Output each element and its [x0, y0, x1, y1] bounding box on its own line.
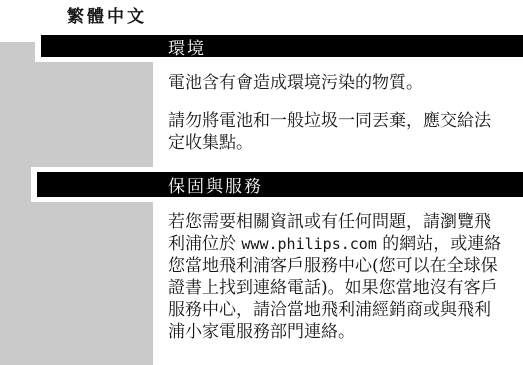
paragraph-line: 利浦位於 www.philips.com 的網站，或連絡: [168, 233, 518, 255]
paragraph-line: 電池含有會造成環境污染的物質。: [168, 72, 518, 94]
url-suffix-text: 的網站，或連絡: [377, 234, 501, 254]
section-header-bar: 保固與服務: [37, 172, 523, 197]
paragraph-line: 您當地飛利浦客戶服務中心(您可以在全球保: [168, 255, 518, 277]
paragraph-line: 浦小家電服務部門連絡。: [168, 321, 518, 343]
manual-page: 繁體中文 環境 電池含有會造成環境污染的物質。 請勿將電池和一般垃圾一同丟棄，應…: [0, 0, 523, 365]
section-header-environment: 環境: [35, 30, 523, 62]
paragraph-line: 若您需要相關資訊或有任何問題，請瀏覽飛: [168, 211, 518, 233]
section-title-environment: 環境: [168, 34, 206, 59]
section-header-bar: 環境: [41, 35, 523, 57]
philips-url: www.philips.com: [241, 235, 376, 253]
language-heading: 繁體中文: [67, 2, 147, 27]
paragraph-warranty-service: 若您需要相關資訊或有任何問題，請瀏覽飛 利浦位於 www.philips.com…: [168, 211, 518, 343]
section-title-warranty: 保固與服務: [168, 172, 263, 197]
paragraph-line: 請勿將電池和一般垃圾一同丟棄，應交給法: [168, 110, 518, 132]
paragraph-battery-disposal: 請勿將電池和一般垃圾一同丟棄，應交給法 定收集點。: [168, 110, 518, 154]
left-margin-panel: [0, 42, 153, 365]
section-header-warranty: 保固與服務: [31, 167, 523, 202]
paragraph-line: 證書上找到連絡電話)。如果您當地沒有客戶: [168, 277, 518, 299]
paragraph-battery-substances: 電池含有會造成環境污染的物質。: [168, 72, 518, 94]
paragraph-line: 服務中心，請洽當地飛利浦經銷商或與飛利: [168, 299, 518, 321]
url-prefix-text: 利浦位於: [168, 234, 241, 254]
paragraph-line: 定收集點。: [168, 132, 518, 154]
